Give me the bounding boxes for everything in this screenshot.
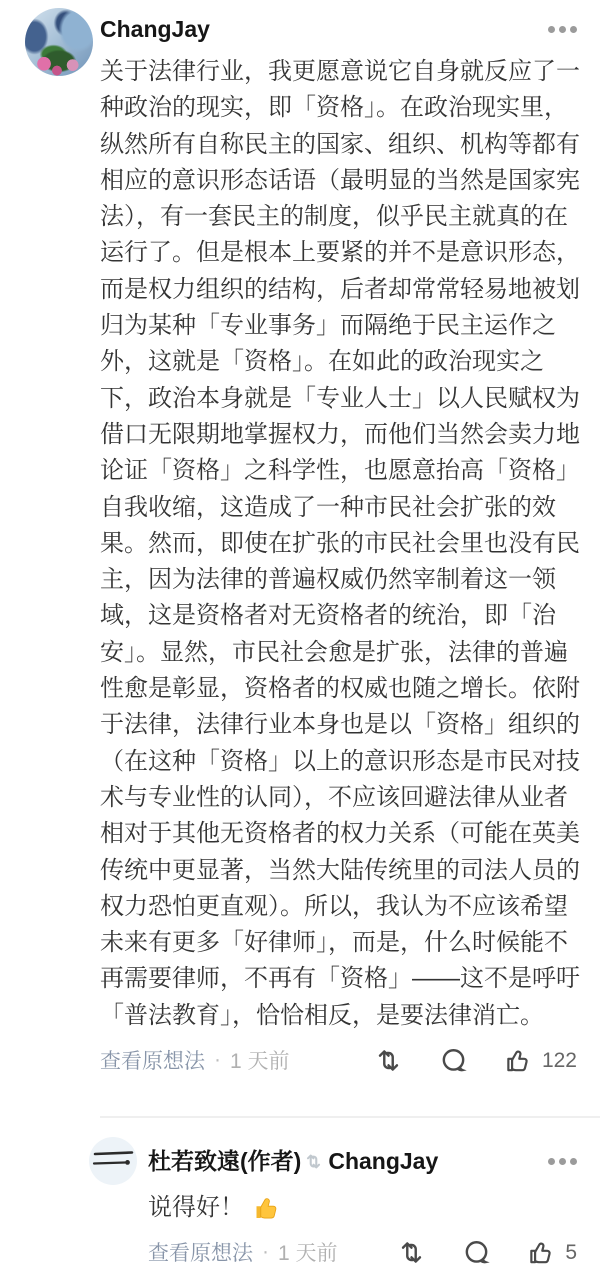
like-button[interactable]: 122	[504, 1046, 577, 1075]
ink-brushes-avatar	[89, 1137, 137, 1185]
comment-footer: 查看原想法 · 1 天前 5	[148, 1236, 577, 1268]
comment-body-row: 说得好！	[148, 1190, 577, 1226]
comment-header: 杜若致遠(作者) ChangJay	[148, 1146, 577, 1176]
thumb-up-icon	[527, 1238, 556, 1267]
like-count: 122	[542, 1046, 577, 1075]
comment-item: ChangJay 关于法律行业，我更愿意说它自身就反应了一种政治的现实，即「资格…	[0, 0, 600, 1076]
repost-icon[interactable]	[374, 1046, 403, 1075]
repost-small-icon	[304, 1152, 323, 1171]
timestamp: 1 天前	[278, 1237, 338, 1267]
comment-bubble-icon[interactable]	[462, 1238, 491, 1267]
action-bar: 5	[397, 1238, 577, 1267]
author-name[interactable]: ChangJay	[100, 15, 210, 43]
ellipsis-menu-icon[interactable]	[548, 20, 577, 39]
repost-target-name[interactable]: ChangJay	[328, 1147, 438, 1175]
view-original-link[interactable]: 查看原想法	[100, 1045, 205, 1075]
repost-icon[interactable]	[397, 1238, 426, 1267]
timestamp: 1 天前	[230, 1045, 290, 1075]
view-original-link[interactable]: 查看原想法	[148, 1237, 253, 1267]
comment-header: ChangJay	[100, 14, 577, 44]
comment-body: 说得好！	[148, 1190, 244, 1226]
comment-body: 关于法律行业，我更愿意说它自身就反应了一种政治的现实，即「资格」。在政治现实里，…	[100, 54, 583, 1034]
comment-bubble-icon[interactable]	[439, 1046, 468, 1075]
comment-item: 杜若致遠(作者) ChangJay 说得好！ 查看原想法 · 1 天前	[0, 1118, 600, 1268]
thumbs-up-emoji	[253, 1193, 283, 1223]
like-button[interactable]: 5	[527, 1238, 577, 1267]
like-count: 5	[565, 1238, 577, 1267]
thumb-up-icon	[504, 1046, 533, 1075]
action-bar: 122	[374, 1046, 577, 1075]
dot-separator: ·	[214, 1048, 221, 1072]
user-avatar[interactable]	[25, 8, 93, 76]
user-avatar[interactable]	[89, 1137, 137, 1185]
ellipsis-menu-icon[interactable]	[548, 1152, 577, 1171]
comment-footer: 查看原想法 · 1 天前 122	[100, 1044, 577, 1076]
author-name[interactable]: 杜若致遠(作者)	[148, 1147, 301, 1175]
dot-separator: ·	[262, 1240, 269, 1264]
